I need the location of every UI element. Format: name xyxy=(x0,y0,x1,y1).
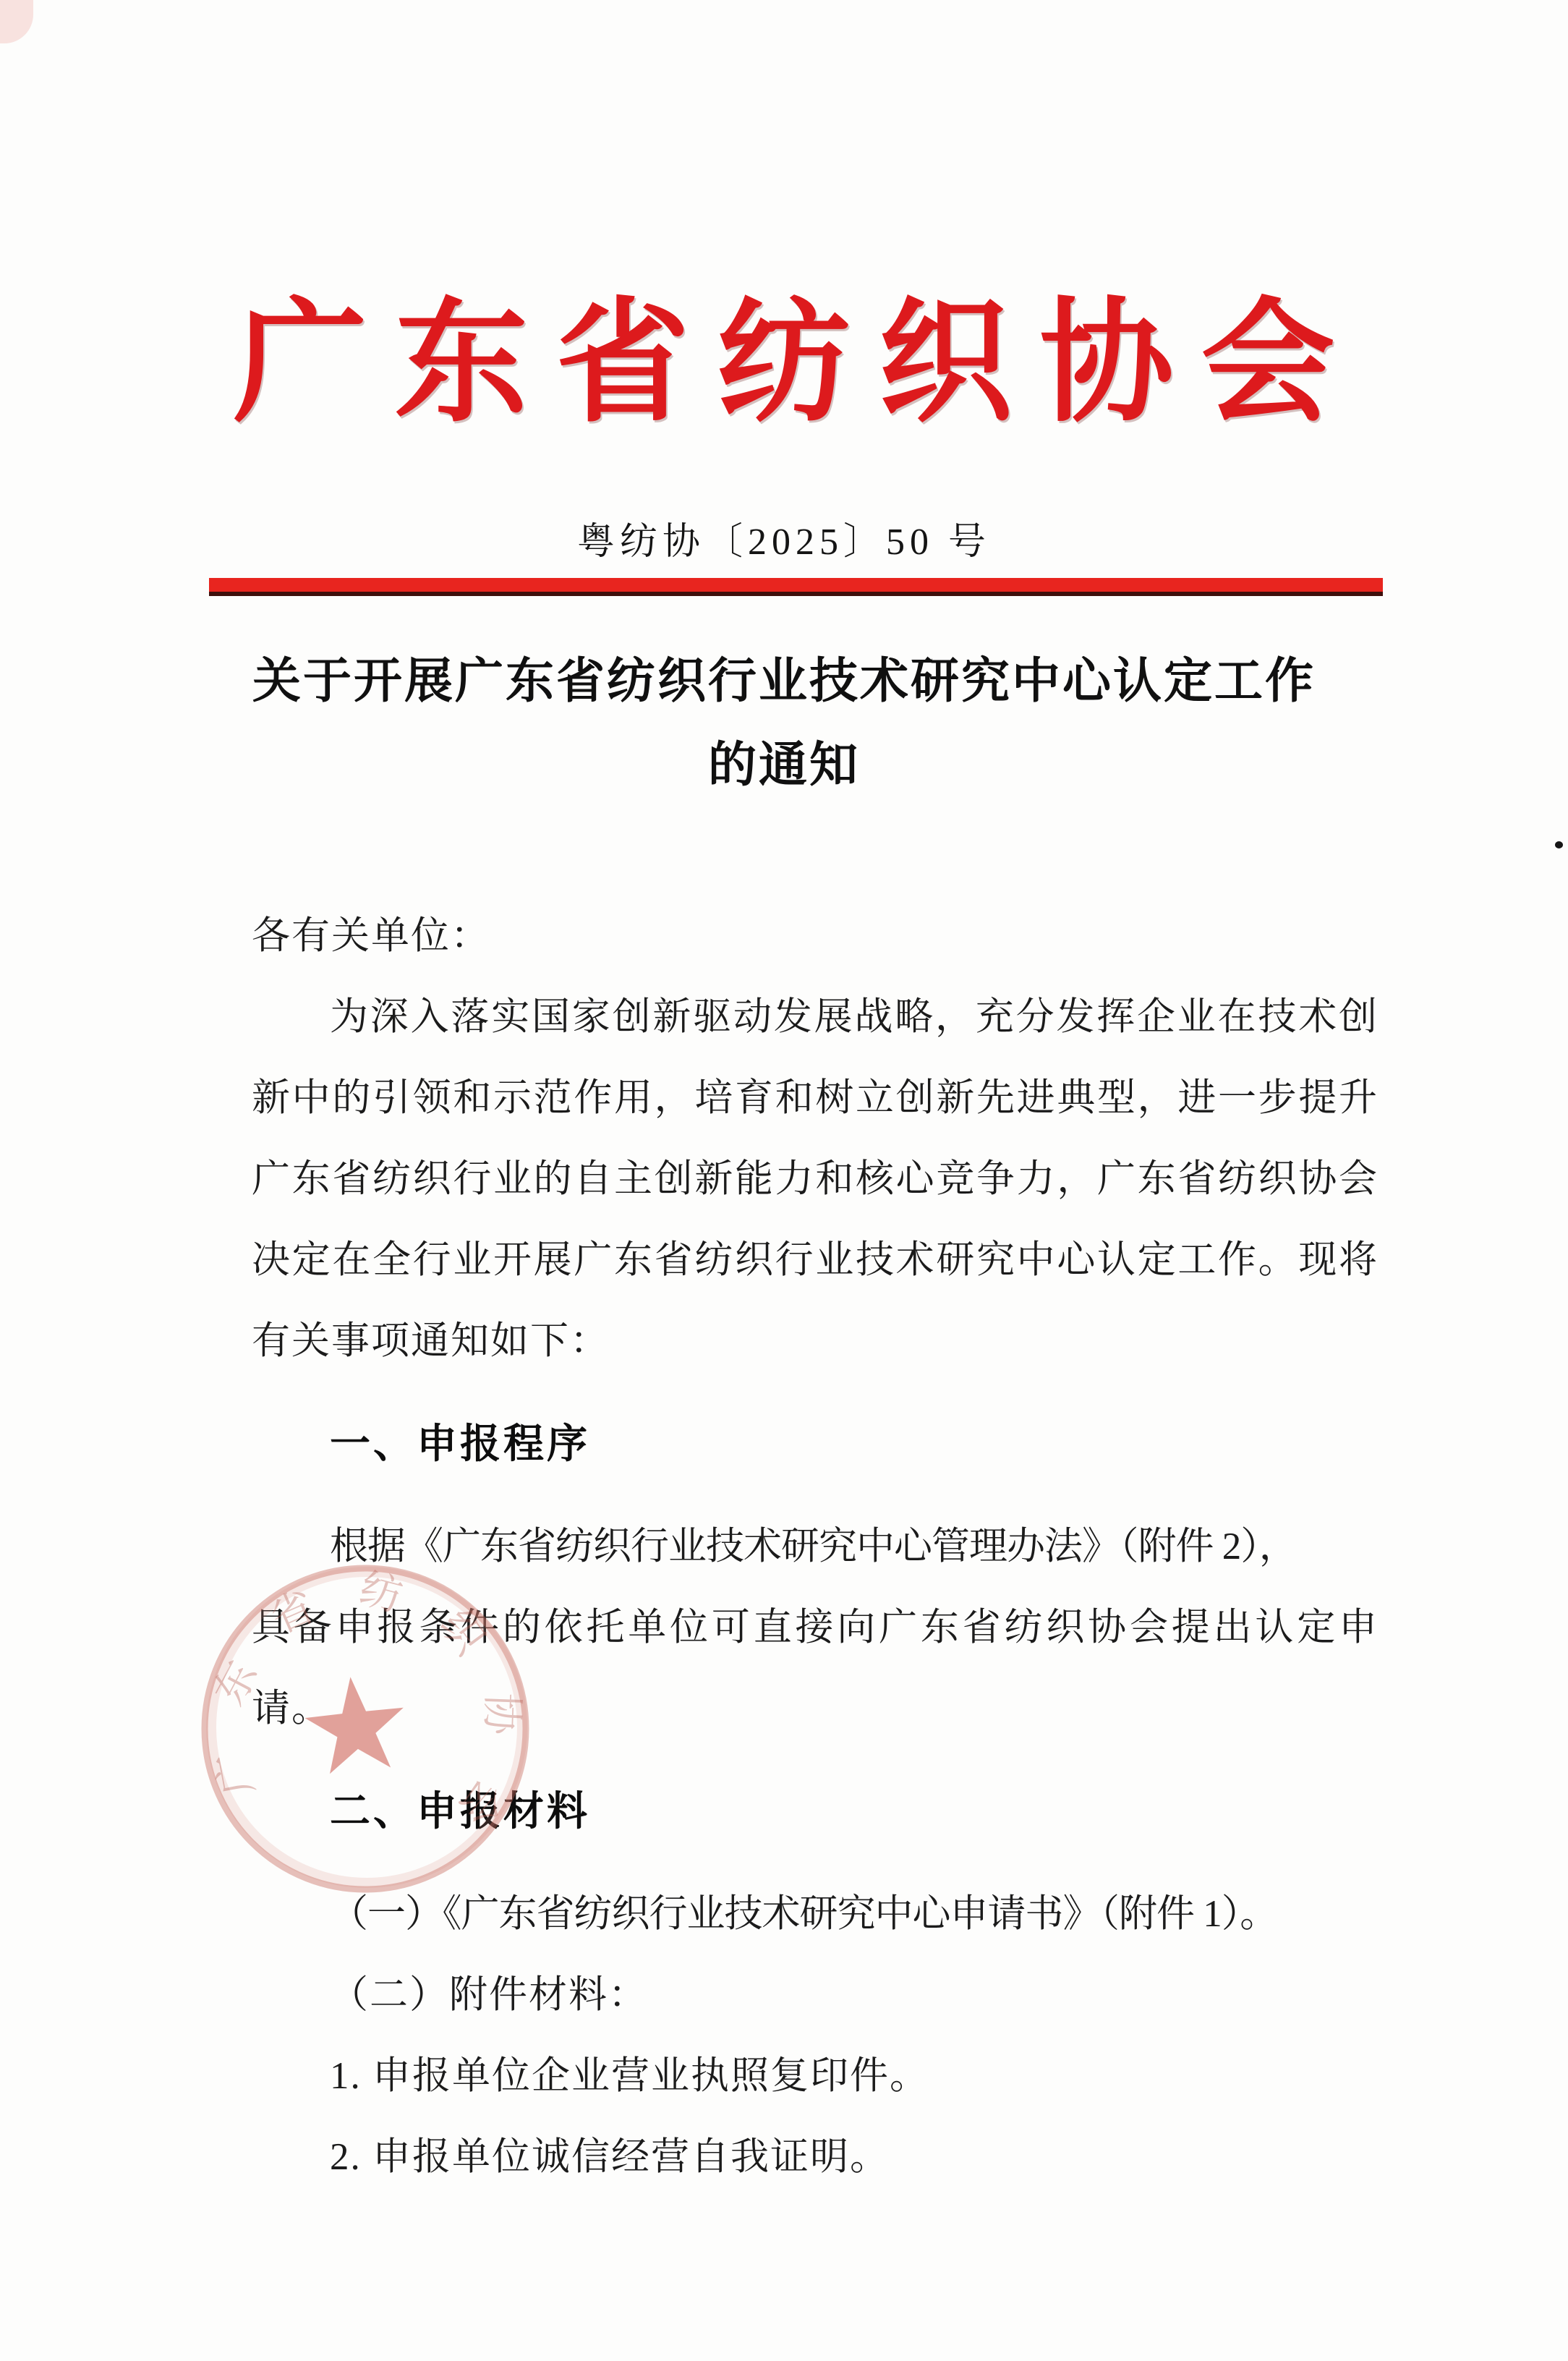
body-line: 有关事项通知如下： xyxy=(252,1301,1379,1382)
body-line: 具备申报条件的依托单位可直接向广东省纺织协会提出认定申 xyxy=(252,1587,1379,1668)
notice-title: 关于开展广东省纺织行业技术研究中心认定工作 的通知 xyxy=(0,639,1568,807)
body-line: 为深入落实国家创新驱动发展战略，充分发挥企业在技术创 xyxy=(252,977,1379,1058)
salutation-line: 各有关单位： xyxy=(252,896,1379,977)
body-line: （一）《广东省纺织行业技术研究中心申请书》（附件 1）。 xyxy=(252,1873,1379,1954)
scan-artifact-corner xyxy=(0,0,33,43)
notice-title-line2: 的通知 xyxy=(0,723,1568,807)
letterhead-divider-rule xyxy=(209,578,1383,596)
body-line: 广东省纺织行业的自主创新能力和核心竞争力，广东省纺织协会 xyxy=(252,1139,1379,1220)
section-heading-2: 二、申报材料 xyxy=(252,1771,1379,1852)
body-line: 2. 申报单位诚信经营自我证明。 xyxy=(252,2117,1379,2198)
body-line: 新中的引领和示范作用，培育和树立创新先进典型，进一步提升 xyxy=(252,1058,1379,1139)
scan-artifact-dot xyxy=(1555,841,1563,848)
document-number: 粤纺协〔2025〕50 号 xyxy=(0,511,1568,565)
org-letterhead-title: 广东省纺织协会 xyxy=(0,255,1568,447)
body-line: 请。 xyxy=(252,1668,1379,1749)
notice-body: 各有关单位： 为深入落实国家创新驱动发展战略，充分发挥企业在技术创 新中的引领和… xyxy=(252,896,1379,2198)
body-line: 决定在全行业开展广东省纺织行业技术研究中心认定工作。现将 xyxy=(252,1220,1379,1301)
section-heading-1: 一、申报程序 xyxy=(252,1403,1379,1484)
body-line: 1. 申报单位企业营业执照复印件。 xyxy=(252,2035,1379,2117)
scanned-notice-page: 广东省纺织协会 粤纺协〔2025〕50 号 关于开展广东省纺织行业技术研究中心认… xyxy=(0,0,1568,2361)
body-line: （二）附件材料： xyxy=(252,1954,1379,2035)
body-line: 根据《广东省纺织行业技术研究中心管理办法》（附件 2）， xyxy=(252,1506,1379,1587)
notice-title-line1: 关于开展广东省纺织行业技术研究中心认定工作 xyxy=(0,639,1568,723)
